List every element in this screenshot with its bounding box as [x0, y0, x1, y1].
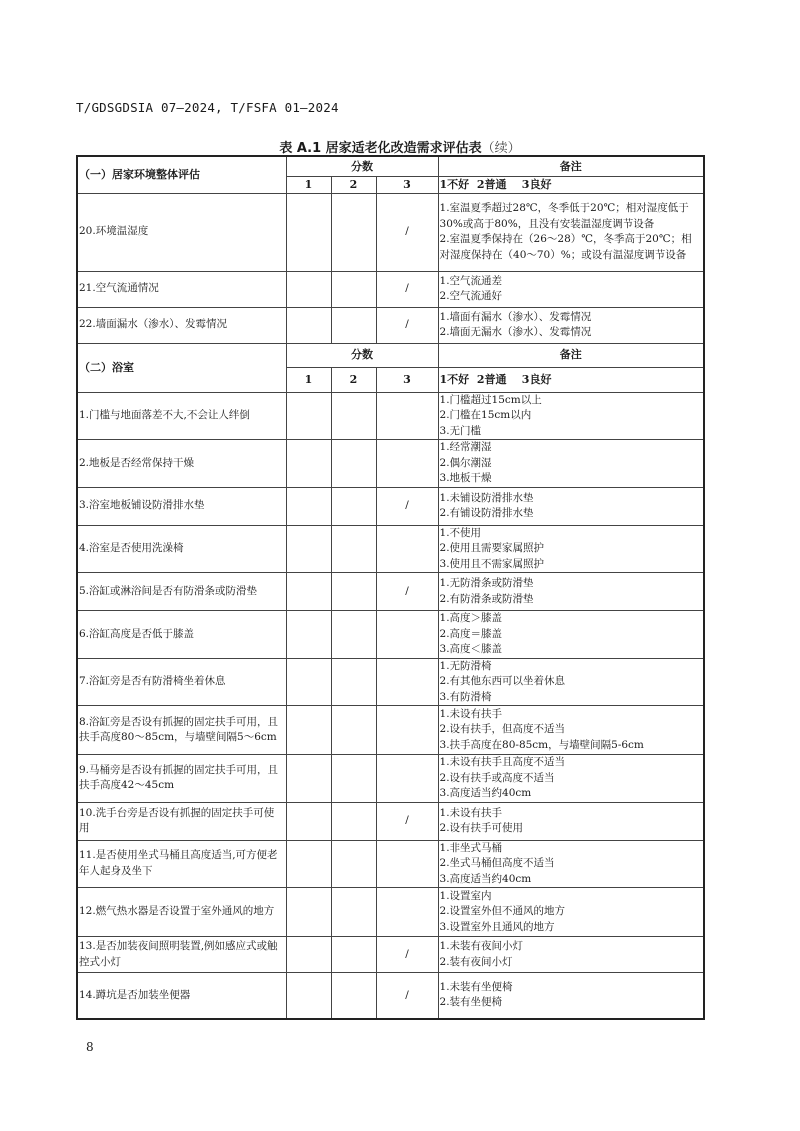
table-row: 13.是否加装夜间照明装置,例如感应式或触控式小灯/1.未装有夜间小灯2.装有夜… — [77, 937, 704, 973]
notes-cell: 1.未设有扶手且高度不适当2.设有扶手或高度不适当3.高度适当约40cm — [438, 755, 704, 803]
score-cell-1[interactable] — [286, 392, 331, 440]
table-row: 22.墙面漏水（渗水）、发霉情况/1.墙面有漏水（渗水）、发霉情况2.墙面无漏水… — [77, 307, 704, 343]
table-row: 7.浴缸旁是否有防滑椅坐着休息1.无防滑椅2.有其他东西可以坐着休息3.有防滑椅 — [77, 658, 704, 706]
score-cell-1[interactable] — [286, 271, 331, 307]
item-label: 6.浴缸高度是否低于膝盖 — [77, 611, 286, 659]
score-cell-2[interactable] — [331, 937, 376, 973]
note-line: 2.有铺设防滑排水垫 — [440, 506, 703, 522]
score-cell-3[interactable]: / — [376, 573, 438, 611]
notes-cell: 1.无防滑椅2.有其他东西可以坐着休息3.有防滑椅 — [438, 658, 704, 706]
score-cell-1[interactable] — [286, 840, 331, 888]
note-line: 1.门槛超过15cm以上 — [440, 393, 703, 409]
section2-header-row: （二）浴室分数备注 — [77, 343, 704, 367]
item-label: 7.浴缸旁是否有防滑椅坐着休息 — [77, 658, 286, 706]
score-cell-1[interactable] — [286, 706, 331, 755]
note-line: 1.未设有扶手且高度不适当 — [440, 755, 703, 771]
notes-cell: 1.未设有扶手2.设有扶手可使用 — [438, 802, 704, 840]
score-cell-2[interactable] — [331, 658, 376, 706]
section2-notes-header: 备注 — [438, 343, 704, 367]
score-cell-3[interactable] — [376, 440, 438, 488]
section2-title: （二）浴室 — [77, 343, 286, 392]
score-legend: 1不好 2普通 3良好 — [438, 367, 704, 392]
score-cell-1[interactable] — [286, 973, 331, 1019]
note-line: 1.墙面有漏水（渗水）、发霉情况 — [440, 310, 703, 326]
table-row: 21.空气流通情况/1.空气流通差2.空气流通好 — [77, 271, 704, 307]
note-line: 1.未装有夜间小灯 — [440, 939, 703, 955]
score-cell-2[interactable] — [331, 487, 376, 525]
item-label: 22.墙面漏水（渗水）、发霉情况 — [77, 307, 286, 343]
score-cell-1[interactable] — [286, 307, 331, 343]
score-cell-3[interactable] — [376, 392, 438, 440]
table-title: 表 A.1 居家适老化改造需求评估表（续） — [0, 137, 800, 156]
score-cell-3[interactable] — [376, 840, 438, 888]
note-line: 1.空气流通差 — [440, 274, 703, 290]
score-cell-2[interactable] — [331, 706, 376, 755]
score-cell-2[interactable] — [331, 611, 376, 659]
item-label: 10.洗手台旁是否设有抓握的固定扶手可使用 — [77, 802, 286, 840]
score-cell-2[interactable] — [331, 888, 376, 937]
note-line: 1.设置室内 — [440, 889, 703, 905]
score-cell-3[interactable]: / — [376, 937, 438, 973]
score-col-1: 1 — [286, 367, 331, 392]
score-cell-2[interactable] — [331, 525, 376, 573]
score-cell-1[interactable] — [286, 755, 331, 803]
item-label: 12.燃气热水器是否设置于室外通风的地方 — [77, 888, 286, 937]
note-line: 2.有防滑条或防滑垫 — [440, 592, 703, 608]
score-legend: 1不好 2普通 3良好 — [438, 176, 704, 193]
score-cell-2[interactable] — [331, 307, 376, 343]
table-row: 6.浴缸高度是否低于膝盖1.高度＞膝盖2.高度＝膝盖3.高度＜膝盖 — [77, 611, 704, 659]
notes-cell: 1.无防滑条或防滑垫2.有防滑条或防滑垫 — [438, 573, 704, 611]
item-label: 4.浴室是否使用洗澡椅 — [77, 525, 286, 573]
score-cell-3[interactable] — [376, 706, 438, 755]
note-line: 2.坐式马桶但高度不适当 — [440, 856, 703, 872]
notes-cell: 1.门槛超过15cm以上2.门槛在15cm以内3.无门槛 — [438, 392, 704, 440]
table-row: 2.地板是否经常保持干燥1.经常潮湿2.偶尔潮湿3.地板干燥 — [77, 440, 704, 488]
score-cell-1[interactable] — [286, 888, 331, 937]
score-cell-2[interactable] — [331, 973, 376, 1019]
score-cell-1[interactable] — [286, 440, 331, 488]
section1-title: （一）居家环境整体评估 — [77, 156, 286, 193]
notes-cell: 1.未装有坐便椅2.装有坐便椅 — [438, 973, 704, 1019]
item-label: 3.浴室地板铺设防滑排水垫 — [77, 487, 286, 525]
item-label: 8.浴缸旁是否设有抓握的固定扶手可用，且扶手高度80～85cm，与墙壁间隔5～6… — [77, 706, 286, 755]
notes-cell: 1.墙面有漏水（渗水）、发霉情况2.墙面无漏水（渗水）、发霉情况 — [438, 307, 704, 343]
note-line: 3.使用且不需家属照护 — [440, 557, 703, 573]
table-row: 1.门槛与地面落差不大,不会让人绊倒1.门槛超过15cm以上2.门槛在15cm以… — [77, 392, 704, 440]
table-row: 20.环境温湿度/1.室温夏季超过28℃，冬季低于20℃；相对湿度低于30%或高… — [77, 193, 704, 271]
note-line: 2.设有扶手可使用 — [440, 821, 703, 837]
note-line: 2.偶尔潮湿 — [440, 456, 703, 472]
note-line: 2.设置室外但不通风的地方 — [440, 904, 703, 920]
score-cell-3[interactable] — [376, 611, 438, 659]
note-line: 3.设置室外且通风的地方 — [440, 920, 703, 936]
note-line: 2.高度＝膝盖 — [440, 627, 703, 643]
assessment-table: （一）居家环境整体评估 分数 备注 1 2 3 1不好 2普通 3良好 20.环… — [76, 155, 705, 1020]
note-line: 2.空气流通好 — [440, 289, 703, 305]
section1-header-row: （一）居家环境整体评估 分数 备注 — [77, 156, 704, 176]
note-line: 2.设有扶手或高度不适当 — [440, 771, 703, 787]
score-cell-2[interactable] — [331, 440, 376, 488]
table-row: 3.浴室地板铺设防滑排水垫/1.未铺设防滑排水垫2.有铺设防滑排水垫 — [77, 487, 704, 525]
score-cell-3[interactable]: / — [376, 271, 438, 307]
notes-cell: 1.不使用2.使用且需要家属照护3.使用且不需家属照护 — [438, 525, 704, 573]
section1-notes-header: 备注 — [438, 156, 704, 176]
score-col-3: 3 — [376, 176, 438, 193]
note-line: 2.室温夏季保持在（26～28）℃，冬季高于20℃；相对湿度保持在（40～70）… — [440, 232, 703, 263]
score-cell-2[interactable] — [331, 392, 376, 440]
score-cell-3[interactable]: / — [376, 487, 438, 525]
note-line: 2.使用且需要家属照护 — [440, 541, 703, 557]
page-number: 8 — [86, 1040, 94, 1054]
note-line: 3.高度＜膝盖 — [440, 642, 703, 658]
item-label: 21.空气流通情况 — [77, 271, 286, 307]
table-row: 12.燃气热水器是否设置于室外通风的地方1.设置室内2.设置室外但不通风的地方3… — [77, 888, 704, 937]
table-row: 8.浴缸旁是否设有抓握的固定扶手可用，且扶手高度80～85cm，与墙壁间隔5～6… — [77, 706, 704, 755]
score-cell-3[interactable]: / — [376, 802, 438, 840]
score-cell-1[interactable] — [286, 802, 331, 840]
note-line: 1.高度＞膝盖 — [440, 611, 703, 627]
score-cell-1[interactable] — [286, 611, 331, 659]
note-line: 3.扶手高度在80-85cm，与墙壁间隔5-6cm — [440, 738, 703, 754]
score-col-3: 3 — [376, 367, 438, 392]
item-label: 13.是否加装夜间照明装置,例如感应式或触控式小灯 — [77, 937, 286, 973]
item-label: 1.门槛与地面落差不大,不会让人绊倒 — [77, 392, 286, 440]
notes-cell: 1.未设有扶手2.设有扶手，但高度不适当3.扶手高度在80-85cm，与墙壁间隔… — [438, 706, 704, 755]
score-cell-3[interactable] — [376, 755, 438, 803]
score-cell-2[interactable] — [331, 755, 376, 803]
item-label: 5.浴缸或淋浴间是否有防滑条或防滑垫 — [77, 573, 286, 611]
table-title-continued: （续） — [482, 141, 521, 156]
note-line: 1.非坐式马桶 — [440, 841, 703, 857]
item-label: 20.环境温湿度 — [77, 193, 286, 271]
note-line: 1.室温夏季超过28℃，冬季低于20℃；相对湿度低于30%或高于80%，且没有安… — [440, 201, 703, 232]
notes-cell: 1.未装有夜间小灯2.装有夜间小灯 — [438, 937, 704, 973]
score-cell-2[interactable] — [331, 802, 376, 840]
section2-score-header: 分数 — [286, 343, 438, 367]
score-cell-1[interactable] — [286, 525, 331, 573]
note-line: 1.无防滑椅 — [440, 659, 703, 675]
note-line: 1.未装有坐便椅 — [440, 980, 703, 996]
note-line: 1.不使用 — [440, 526, 703, 542]
note-line: 3.高度适当约40cm — [440, 872, 703, 888]
score-cell-3[interactable]: / — [376, 193, 438, 271]
score-cell-1[interactable] — [286, 487, 331, 525]
item-label: 11.是否使用坐式马桶且高度适当,可方便老年人起身及坐下 — [77, 840, 286, 888]
score-cell-3[interactable]: / — [376, 307, 438, 343]
notes-cell: 1.非坐式马桶2.坐式马桶但高度不适当3.高度适当约40cm — [438, 840, 704, 888]
score-cell-2[interactable] — [331, 193, 376, 271]
note-line: 3.无门槛 — [440, 424, 703, 440]
score-cell-3[interactable]: / — [376, 973, 438, 1019]
note-line: 1.无防滑条或防滑垫 — [440, 576, 703, 592]
note-line: 2.墙面无漏水（渗水）、发霉情况 — [440, 325, 703, 341]
score-cell-1[interactable] — [286, 937, 331, 973]
notes-cell: 1.高度＞膝盖2.高度＝膝盖3.高度＜膝盖 — [438, 611, 704, 659]
note-line: 3.高度适当约40cm — [440, 786, 703, 802]
note-line: 1.经常潮湿 — [440, 440, 703, 456]
score-cell-3[interactable] — [376, 888, 438, 937]
note-line: 2.有其他东西可以坐着休息 — [440, 674, 703, 690]
item-label: 2.地板是否经常保持干燥 — [77, 440, 286, 488]
notes-cell: 1.设置室内2.设置室外但不通风的地方3.设置室外且通风的地方 — [438, 888, 704, 937]
item-label: 14.蹲坑是否加装坐便器 — [77, 973, 286, 1019]
note-line: 2.设有扶手，但高度不适当 — [440, 722, 703, 738]
table-title-main: 表 A.1 居家适老化改造需求评估表 — [279, 141, 481, 156]
note-line: 1.未设有扶手 — [440, 806, 703, 822]
item-label: 9.马桶旁是否设有抓握的固定扶手可用，且扶手高度42～45cm — [77, 755, 286, 803]
notes-cell: 1.室温夏季超过28℃，冬季低于20℃；相对湿度低于30%或高于80%，且没有安… — [438, 193, 704, 271]
score-cell-1[interactable] — [286, 193, 331, 271]
score-col-2: 2 — [331, 367, 376, 392]
note-line: 1.未铺设防滑排水垫 — [440, 491, 703, 507]
document-code: T/GDSGDSIA 07—2024, T/FSFA 01—2024 — [76, 100, 339, 115]
note-line: 2.门槛在15cm以内 — [440, 408, 703, 424]
table-row: 9.马桶旁是否设有抓握的固定扶手可用，且扶手高度42～45cm1.未设有扶手且高… — [77, 755, 704, 803]
notes-cell: 1.未铺设防滑排水垫2.有铺设防滑排水垫 — [438, 487, 704, 525]
table-row: 4.浴室是否使用洗澡椅1.不使用2.使用且需要家属照护3.使用且不需家属照护 — [77, 525, 704, 573]
score-cell-2[interactable] — [331, 573, 376, 611]
note-line: 1.未设有扶手 — [440, 707, 703, 723]
note-line: 3.地板干燥 — [440, 471, 703, 487]
score-col-2: 2 — [331, 176, 376, 193]
score-col-1: 1 — [286, 176, 331, 193]
note-line: 2.装有夜间小灯 — [440, 955, 703, 971]
score-cell-1[interactable] — [286, 573, 331, 611]
table-row: 11.是否使用坐式马桶且高度适当,可方便老年人起身及坐下1.非坐式马桶2.坐式马… — [77, 840, 704, 888]
score-cell-2[interactable] — [331, 271, 376, 307]
score-cell-3[interactable] — [376, 658, 438, 706]
score-cell-2[interactable] — [331, 840, 376, 888]
score-cell-3[interactable] — [376, 525, 438, 573]
section1-score-header: 分数 — [286, 156, 438, 176]
table-row: 5.浴缸或淋浴间是否有防滑条或防滑垫/1.无防滑条或防滑垫2.有防滑条或防滑垫 — [77, 573, 704, 611]
note-line: 3.有防滑椅 — [440, 690, 703, 706]
note-line: 2.装有坐便椅 — [440, 995, 703, 1011]
notes-cell: 1.经常潮湿2.偶尔潮湿3.地板干燥 — [438, 440, 704, 488]
table-row: 14.蹲坑是否加装坐便器/1.未装有坐便椅2.装有坐便椅 — [77, 973, 704, 1019]
notes-cell: 1.空气流通差2.空气流通好 — [438, 271, 704, 307]
score-cell-1[interactable] — [286, 658, 331, 706]
table-row: 10.洗手台旁是否设有抓握的固定扶手可使用/1.未设有扶手2.设有扶手可使用 — [77, 802, 704, 840]
